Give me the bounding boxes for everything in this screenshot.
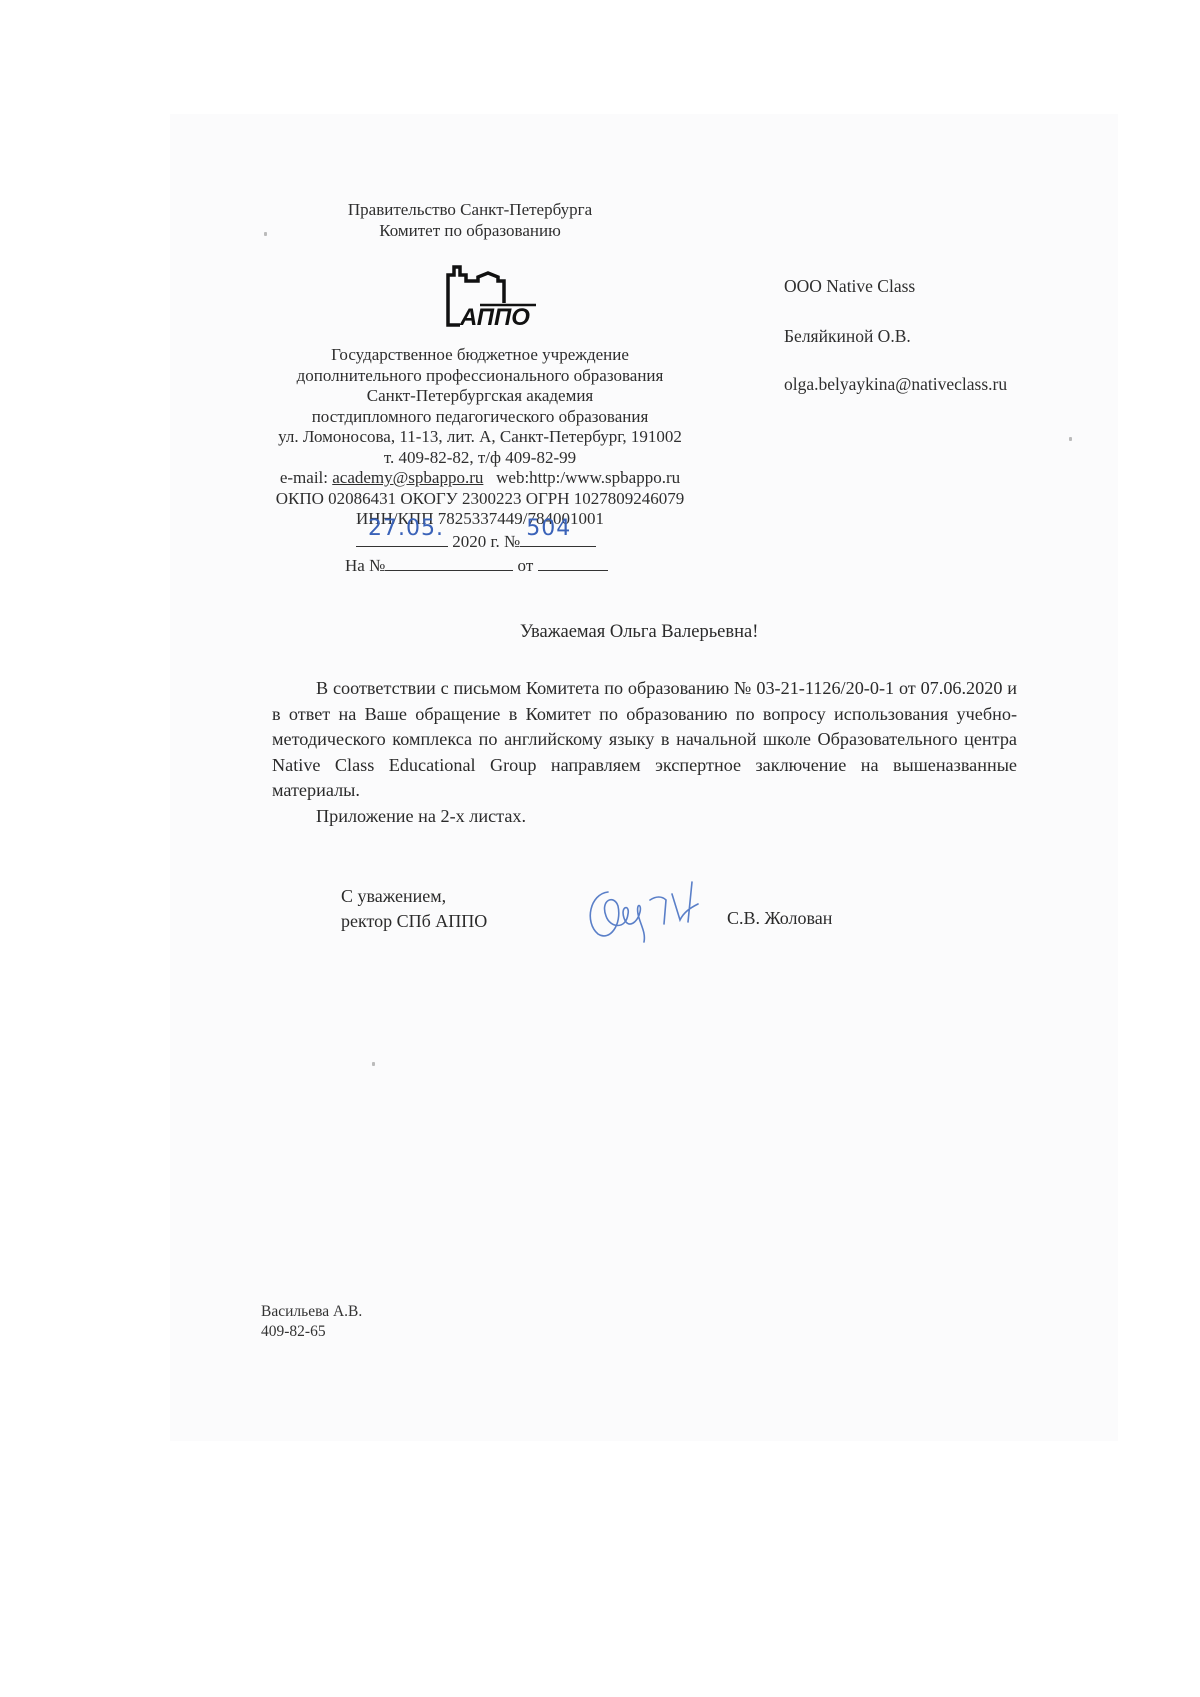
- org-line: постдипломного педагогического образован…: [250, 407, 710, 428]
- executor-name: Васильева А.В.: [261, 1302, 362, 1322]
- signer-position: ректор СПб АППО: [341, 909, 487, 934]
- scan-speck: [264, 232, 267, 236]
- greeting: Уважаемая Ольга Валерьевна!: [520, 622, 758, 643]
- recipient-email[interactable]: olga.belyaykina@nativeclass.ru: [784, 374, 1007, 395]
- committee-name: Комитет по образованию: [310, 221, 630, 242]
- attachment-note: Приложение на 2-х листах.: [272, 804, 1017, 830]
- letterhead-government: Правительство Санкт-Петербурга Комитет п…: [310, 200, 630, 241]
- government-name: Правительство Санкт-Петербурга: [310, 200, 630, 221]
- email-label: e-mail:: [280, 468, 332, 487]
- letterhead-organization: Государственное бюджетное учреждение доп…: [250, 345, 710, 530]
- org-contacts: e-mail: academy@spbappo.ru web:http:/www…: [250, 468, 710, 489]
- org-address: ул. Ломоносова, 11-13, лит. А, Санкт-Пет…: [250, 427, 710, 448]
- executor-phone: 409-82-65: [261, 1322, 362, 1342]
- from-label: от: [518, 556, 534, 575]
- svg-text:АППО: АППО: [459, 304, 530, 331]
- outgoing-reference: 27.05. 2020 г. № 504: [356, 528, 596, 552]
- signature-icon: [580, 872, 710, 944]
- executor-block: Васильева А.В. 409-82-65: [261, 1302, 362, 1342]
- date-field: 27.05.: [356, 528, 448, 547]
- signer-name: С.В. Жолован: [727, 908, 832, 929]
- org-phones: т. 409-82-82, т/ф 409-82-99: [250, 448, 710, 469]
- reply-number-blank: [385, 552, 513, 571]
- org-line: Государственное бюджетное учреждение: [250, 345, 710, 366]
- incoming-reference: На № от: [345, 552, 608, 576]
- appo-logo-icon: АППО: [440, 263, 540, 333]
- number-field: 504: [520, 528, 596, 547]
- handwritten-number: 504: [526, 516, 571, 541]
- org-inn-kpp: ИНН/КПП 7825337449/784001001: [250, 509, 710, 530]
- closing-phrase: С уважением,: [341, 884, 487, 909]
- org-line: Санкт-Петербургская академия: [250, 386, 710, 407]
- recipient-company: ООО Native Class: [784, 276, 915, 297]
- org-codes: ОКПО 02086431 ОКОГУ 2300223 ОГРН 1027809…: [250, 489, 710, 510]
- org-web-link[interactable]: web:http:/www.spbappo.ru: [496, 468, 680, 487]
- org-email-link[interactable]: academy@spbappo.ru: [332, 468, 483, 487]
- scan-speck: [372, 1062, 375, 1066]
- handwritten-date: 27.05.: [368, 516, 444, 541]
- body-paragraph: В соответствии с письмом Комитета по обр…: [272, 676, 1017, 804]
- recipient-person: Беляйкиной О.В.: [784, 326, 911, 347]
- scan-speck: [1069, 437, 1072, 441]
- closing-block: С уважением, ректор СПб АППО: [341, 884, 487, 934]
- letter-body: В соответствии с письмом Комитета по обр…: [272, 676, 1017, 829]
- org-line: дополнительного профессионального образо…: [250, 366, 710, 387]
- reply-to-label: На №: [345, 556, 385, 575]
- year-number-label: 2020 г. №: [452, 532, 520, 551]
- reply-date-blank: [538, 552, 608, 571]
